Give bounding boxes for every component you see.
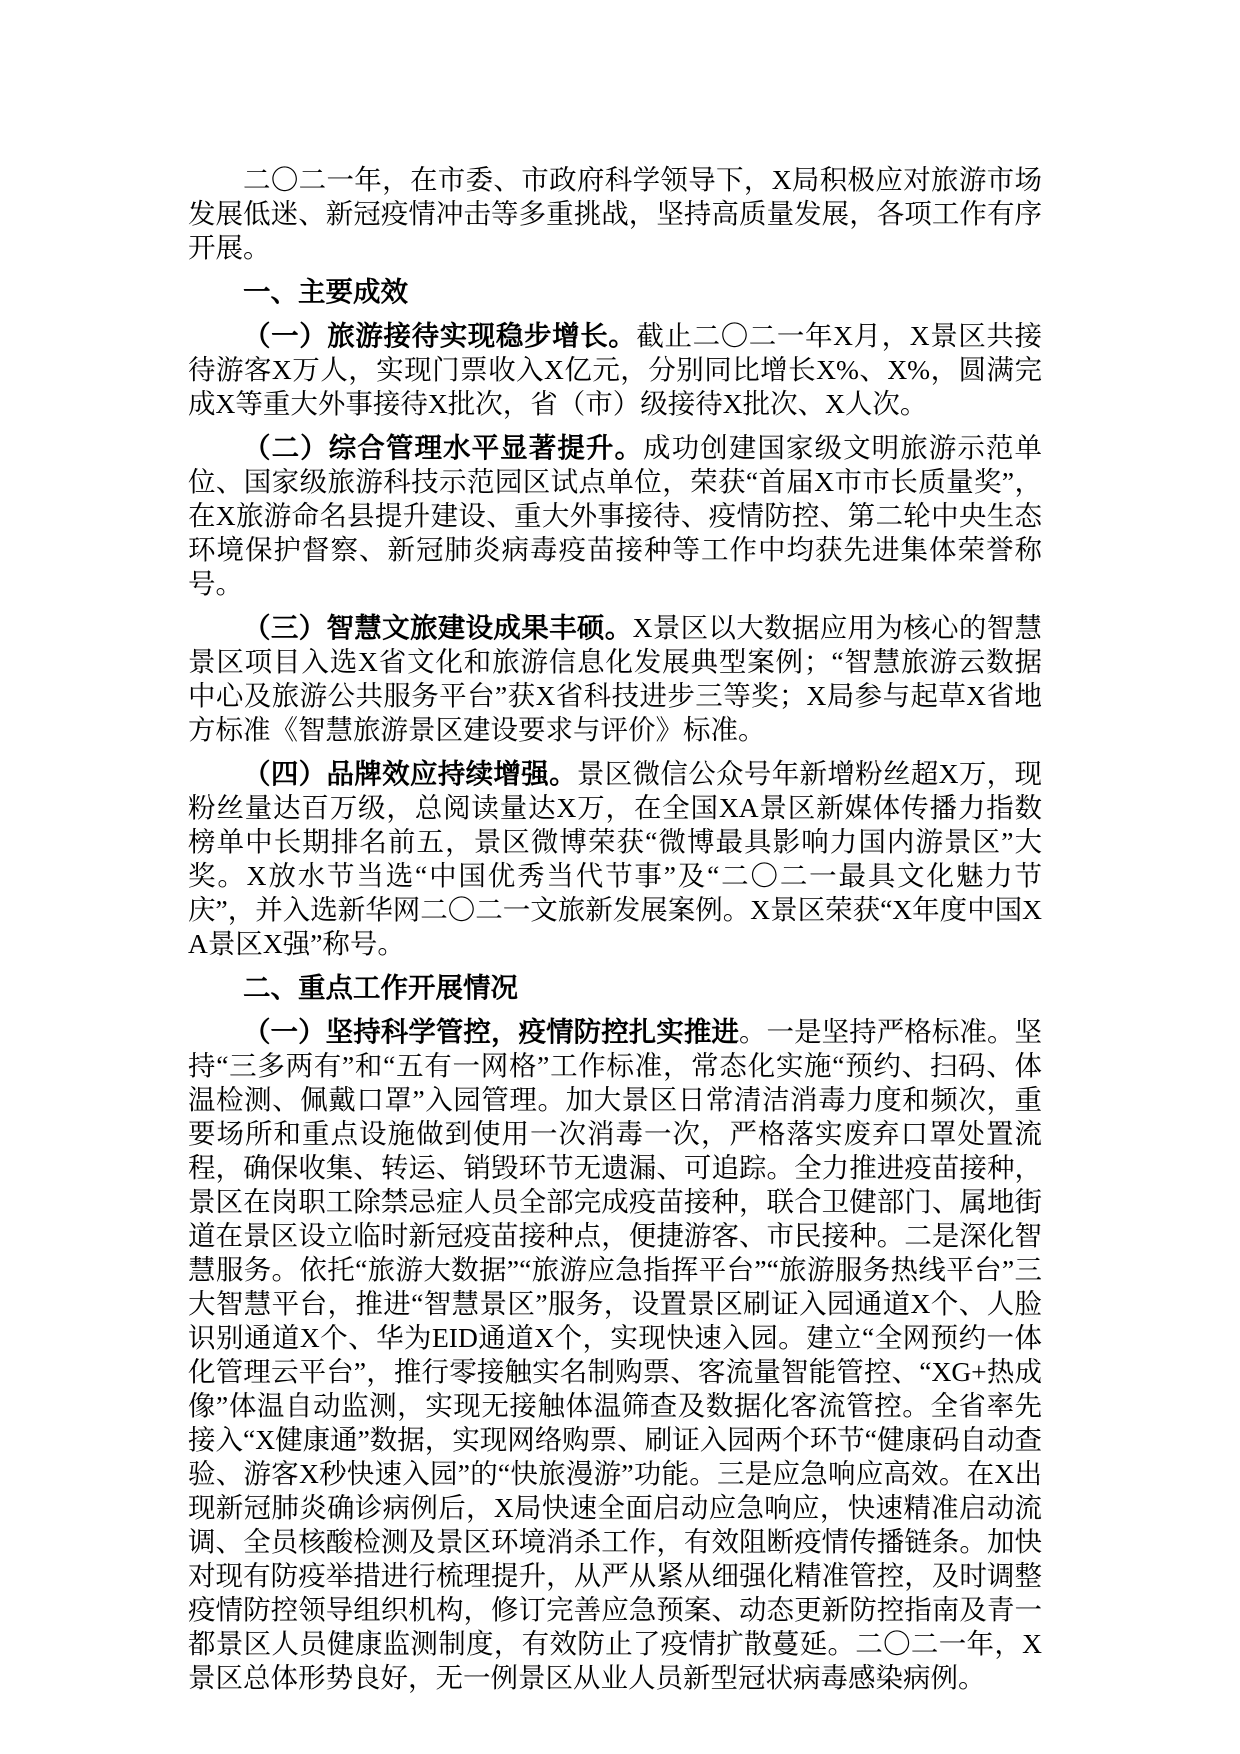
document-page: 二〇二一年，在市委、市政府科学领导下，X局积极应对旅游市场发展低迷、新冠疫情冲击… (0, 0, 1240, 1754)
section-2-item-1-lead: （一）坚持科学管控，疫情防控扎实推进 (243, 1016, 739, 1047)
intro-paragraph: 二〇二一年，在市委、市政府科学领导下，X局积极应对旅游市场发展低迷、新冠疫情冲击… (188, 163, 1042, 265)
section-1-item-4: （四）品牌效应持续增强。景区微信公众号年新增粉丝超X万，现粉丝量达百万级，总阅读… (188, 757, 1042, 961)
section-2-heading: 二、重点工作开展情况 (188, 971, 1042, 1005)
section-2-item-1: （一）坚持科学管控，疫情防控扎实推进。一是坚持严格标准。坚持“三多两有”和“五有… (188, 1015, 1042, 1695)
section-1-item-1: （一）旅游接待实现稳步增长。截止二〇二一年X月，X景区共接待游客X万人，实现门票… (188, 319, 1042, 421)
section-1-item-3-lead: （三）智慧文旅建设成果丰硕。 (243, 612, 633, 643)
section-1-item-2-lead: （二）综合管理水平显著提升。 (243, 432, 643, 463)
section-2-item-1-body: 。一是坚持严格标准。坚持“三多两有”和“五有一网格”工作标准，常态化实施“预约、… (188, 1016, 1042, 1693)
section-1-heading: 一、主要成效 (188, 275, 1042, 309)
intro-text: 二〇二一年，在市委、市政府科学领导下，X局积极应对旅游市场发展低迷、新冠疫情冲击… (188, 164, 1042, 263)
section-1-item-1-lead: （一）旅游接待实现稳步增长。 (243, 320, 636, 351)
section-1-item-3: （三）智慧文旅建设成果丰硕。X景区以大数据应用为核心的智慧景区项目入选X省文化和… (188, 611, 1042, 747)
document-body: 二〇二一年，在市委、市政府科学领导下，X局积极应对旅游市场发展低迷、新冠疫情冲击… (188, 163, 1042, 1695)
section-1-item-2: （二）综合管理水平显著提升。成功创建国家级文明旅游示范单位、国家级旅游科技示范园… (188, 431, 1042, 601)
section-1-item-4-lead: （四）品牌效应持续增强。 (243, 758, 577, 789)
